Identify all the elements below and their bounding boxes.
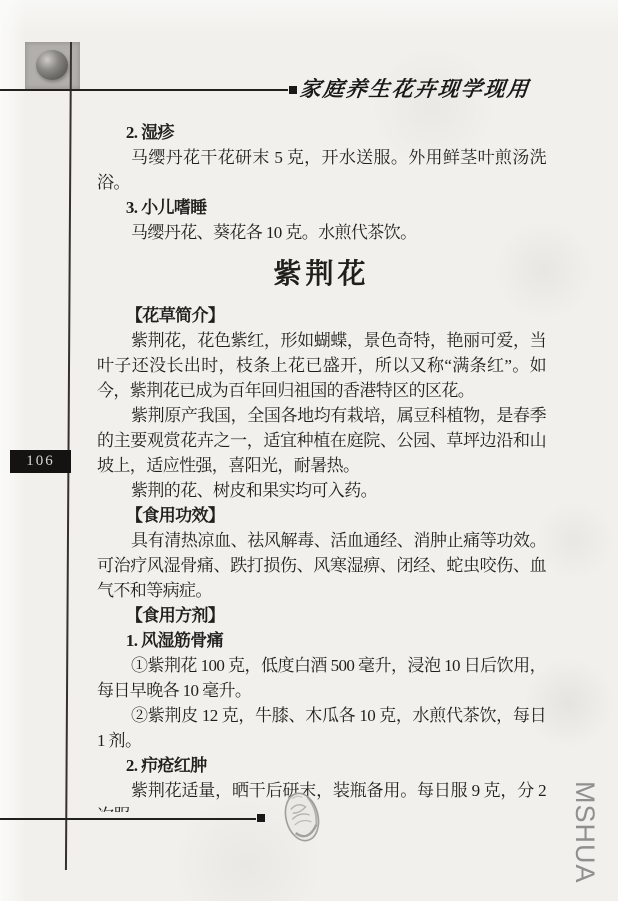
watermark-text: MSHUA xyxy=(569,781,600,884)
paragraph: ①紫荆花 100 克，低度白酒 500 毫升，浸泡 10 日后饮用，每日早晚各 … xyxy=(97,653,546,703)
page-number-tab: 106 xyxy=(10,450,71,473)
footer-rule xyxy=(0,818,256,820)
paragraph: 紫荆原产我国，全国各地均有栽培，属豆科植物，是春季的主要观赏花卉之一，适宜种植在… xyxy=(97,403,546,478)
heading: 【食用功效】 xyxy=(97,503,546,528)
shell-icon xyxy=(279,787,325,847)
paragraph: 紫荆的花、树皮和果实均可入药。 xyxy=(97,478,546,503)
heading: 1. 风湿筋骨痛 xyxy=(97,628,546,653)
sphere-icon xyxy=(36,50,68,80)
heading: 2. 湿疹 xyxy=(97,120,546,145)
footer-rule-endcap xyxy=(257,814,265,822)
header-rule xyxy=(0,89,288,91)
heading: 3. 小儿嗜睡 xyxy=(97,195,546,220)
paragraph: 紫荆花，花色紫红，形如蝴蝶，景色奇特，艳丽可爱，当叶子还没长出时，枝条上花已盛开… xyxy=(97,328,546,403)
header-rule-endcap xyxy=(289,86,297,94)
heading: 2. 疖疮红肿 xyxy=(97,753,546,778)
running-header-title: 家庭养生花卉现学现用 xyxy=(298,73,551,103)
book-page: 家庭养生花卉现学现用 106 2. 湿疹马缨丹花干花研末 5 克，开水送服。外用… xyxy=(0,0,618,901)
paragraph: ②紫荆皮 12 克，牛膝、木瓜各 10 克，水煎代茶饮，每日 1 剂。 xyxy=(97,703,546,753)
heading: 【花草简介】 xyxy=(97,303,546,328)
page-content: 2. 湿疹马缨丹花干花研末 5 克，开水送服。外用鲜茎叶煎汤洗浴。3. 小儿嗜睡… xyxy=(97,120,546,812)
paragraph: 具有清热凉血、祛风解毒、活血通经、消肿止痛等功效。可治疗风湿骨痛、跌打损伤、风寒… xyxy=(97,528,546,603)
heading: 【食用方剂】 xyxy=(97,603,546,628)
paragraph: 马缨丹花、葵花各 10 克。水煎代茶饮。 xyxy=(97,220,546,245)
paragraph: 马缨丹花干花研末 5 克，开水送服。外用鲜茎叶煎汤洗浴。 xyxy=(97,145,546,195)
section-title: 紫荆花 xyxy=(97,245,546,303)
